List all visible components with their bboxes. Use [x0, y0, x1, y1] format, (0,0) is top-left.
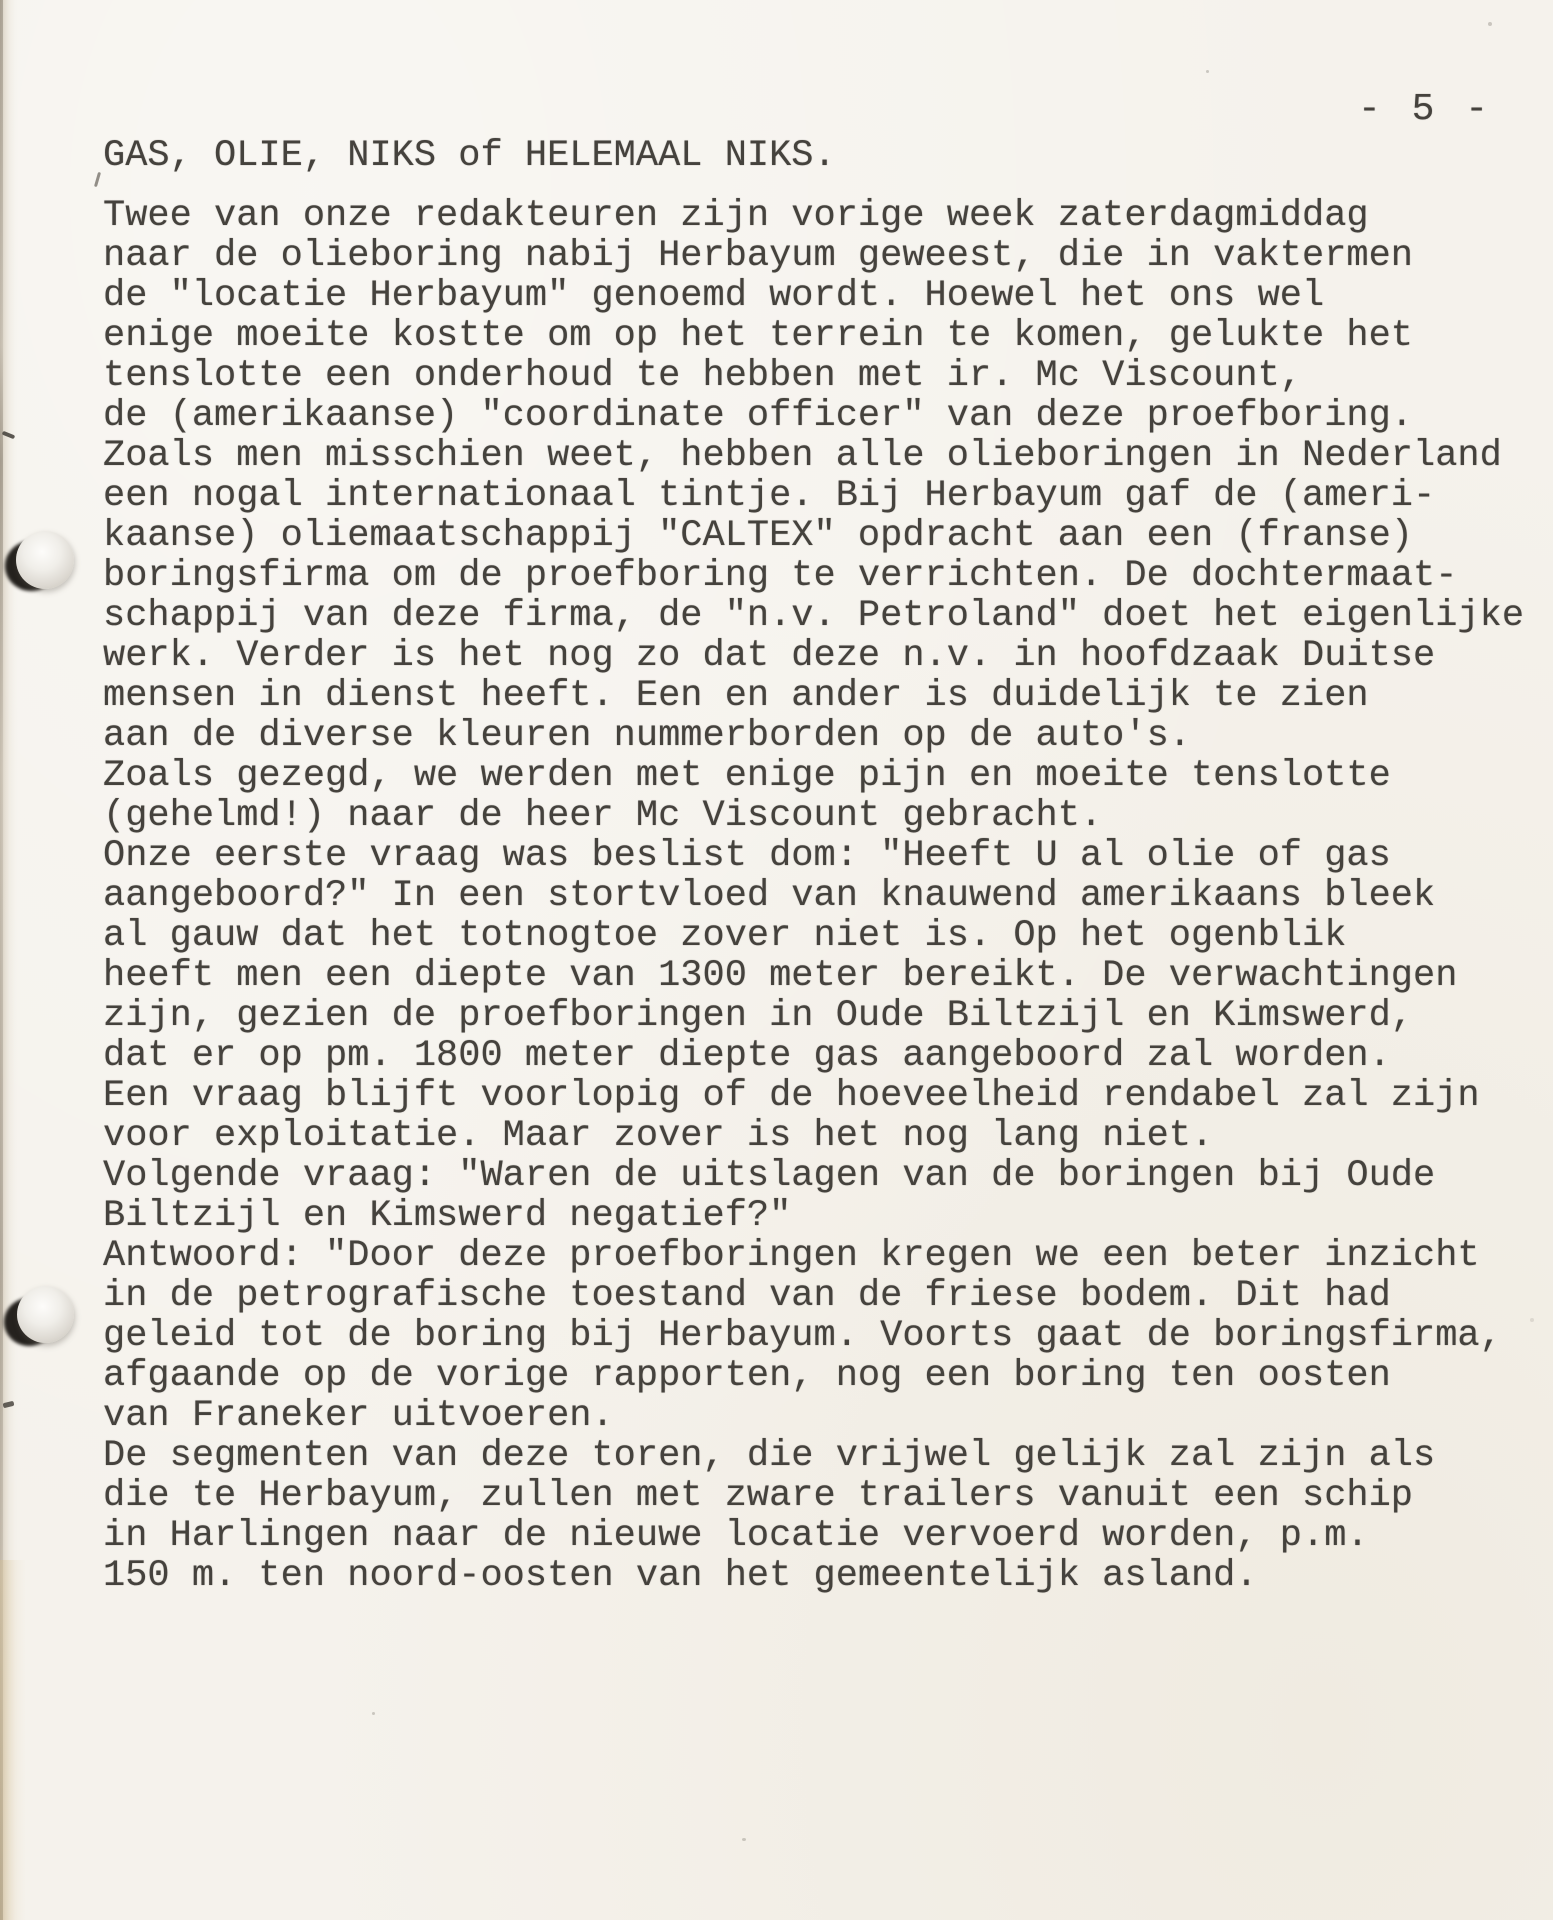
page-title: GAS, OLIE, NIKS of HELEMAAL NIKS.: [103, 134, 836, 178]
paper-speck: [742, 1838, 746, 1841]
document-page: - 5 - GAS, OLIE, NIKS of HELEMAAL NIKS. …: [0, 0, 1553, 1920]
paper-speck: [372, 1712, 375, 1715]
paper-speck: [1206, 70, 1209, 73]
paper-edge-discoloration: [0, 1560, 26, 1920]
stray-pen-mark: [94, 172, 101, 187]
paper-fastener-icon: [8, 1286, 74, 1348]
paper-speck: [1530, 1318, 1534, 1322]
body-text: Twee van onze redakteuren zijn vorige we…: [103, 196, 1524, 1596]
fastener-head: [16, 531, 74, 589]
paper-fastener-icon: [7, 531, 73, 595]
paper-speck: [1488, 22, 1492, 26]
page-number: - 5 -: [1358, 88, 1492, 131]
fastener-head: [17, 1286, 74, 1343]
